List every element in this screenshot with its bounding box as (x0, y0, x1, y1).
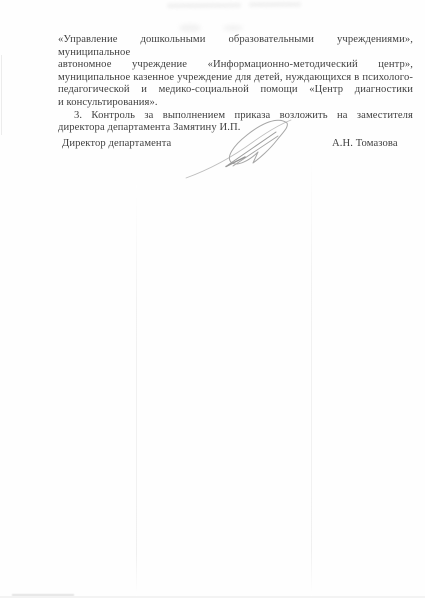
paper-fold-line (136, 185, 137, 596)
paragraph-line: «Управление дошкольными образовательными… (58, 34, 413, 59)
scan-smudge (179, 24, 201, 32)
paragraph-line: и консультирования». (58, 97, 413, 110)
signer-name: А.Н. Томазова (332, 138, 398, 149)
paragraph-line: муниципальное казенное учреждение для де… (58, 72, 413, 85)
paragraph-line: педагогической и медико-социальной помощ… (58, 84, 413, 97)
bleed-through-artifact (249, 2, 301, 7)
paper-fold-line (311, 150, 312, 596)
bleed-through-artifact (167, 3, 241, 9)
scanned-document-page: «Управление дошкольными образовательными… (0, 0, 425, 598)
signer-position-title: Директор департамента (62, 138, 171, 149)
scan-smudge (223, 25, 243, 31)
handwritten-signature-icon (183, 116, 293, 181)
paragraph-line: автономное учреждение «Информационно-мет… (58, 59, 413, 72)
scan-edge-artifact (1, 55, 2, 135)
